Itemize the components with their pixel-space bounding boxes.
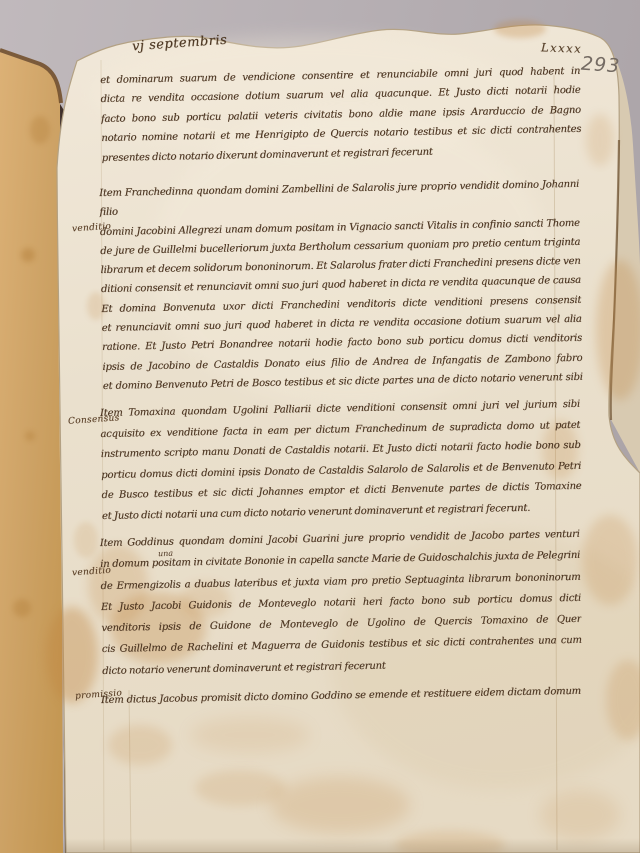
paragraph-entry-4: Item Goddinus quondam domini Jacobi Guar…	[100, 524, 583, 682]
paragraph-entry-5: Item dictus Jacobus promisit dicto domin…	[101, 681, 581, 711]
manuscript-page: vj septembris Lxxxx 293 venditio Consens…	[0, 0, 640, 853]
header-date: vj septembris	[132, 33, 228, 55]
page-number: 293	[580, 53, 621, 78]
folio-mark: Lxxxx	[541, 40, 583, 55]
paragraph-entry-2: Item Franchedinna quondam domini Zambell…	[99, 175, 583, 396]
paragraph-entry-1: et dominarum suarum de vendicione consen…	[100, 62, 582, 168]
paragraph-entry-3: Item Tomaxina quondam Ugolini Palliarii …	[100, 395, 582, 527]
manuscript-text-line: Item dictus Jacobus promisit dicto domin…	[101, 681, 581, 711]
manuscript-photo: vj septembris Lxxxx 293 venditio Consens…	[0, 0, 640, 853]
